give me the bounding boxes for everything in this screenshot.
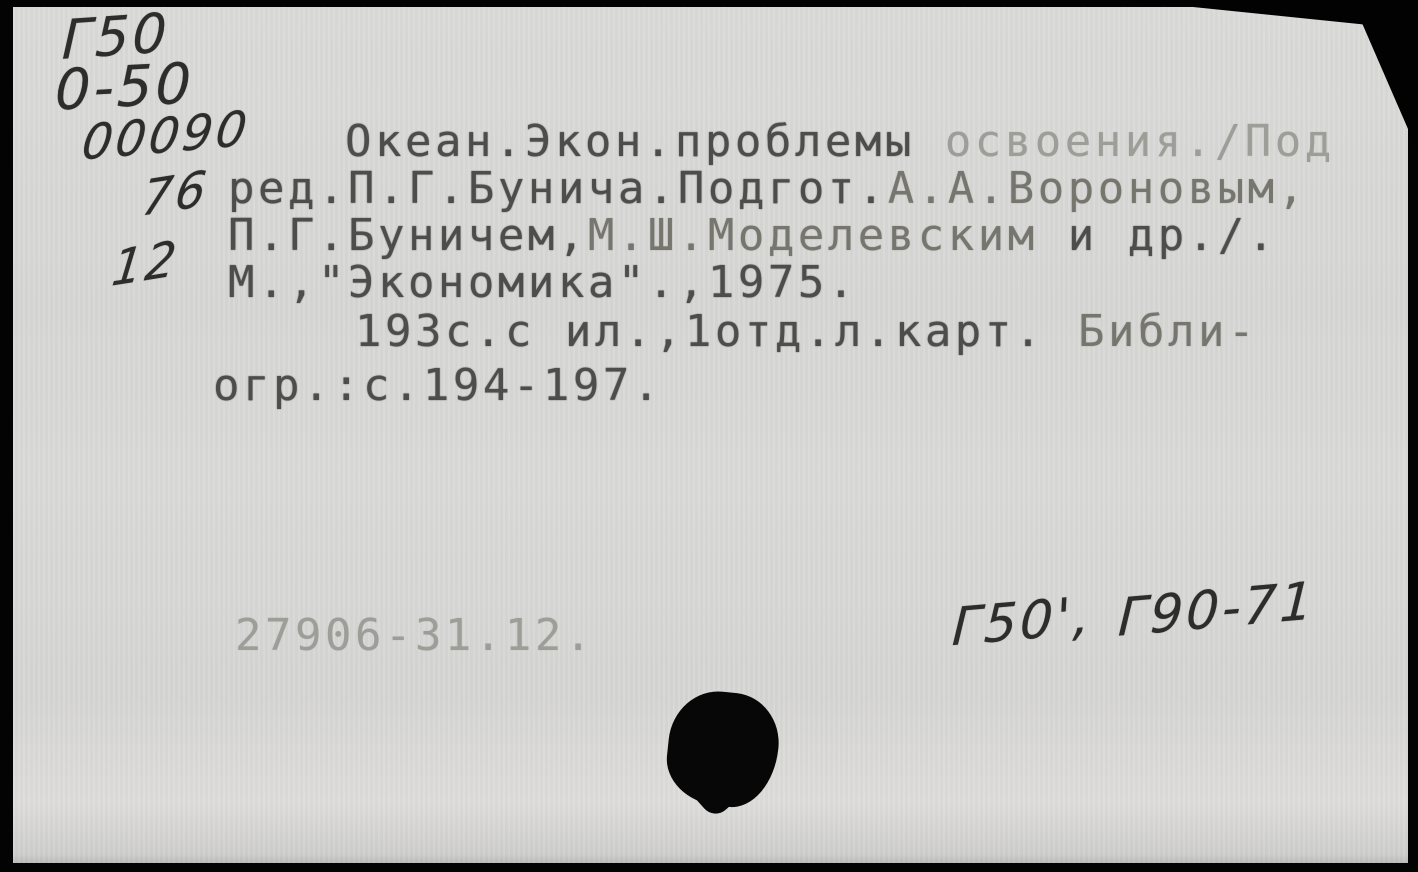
typed-line-collation: 193с.с ил.,1отд.л.карт. [355, 310, 1045, 354]
scanned-catalog-card-photo: Г50 0-50 00090 76 12 Г50', Г90-71 Океан.… [0, 0, 1418, 872]
typed-line-title-main: Океан.Экон.проблемы [345, 116, 945, 167]
handwritten-margin-note-2: 12 [109, 234, 181, 294]
handwritten-bottom-right-classmark: Г50', [951, 590, 1094, 655]
typed-line-editor: ред.П.Г.Бунича.Подгот.А.А.Вороновым, [228, 167, 1308, 211]
typed-line-authors-b: М.Ш.Моделевским [588, 210, 1038, 261]
handwritten-inventory-number: 00090 [79, 104, 252, 167]
typed-line-authors: П.Г.Буничем,М.Ш.Моделевским и др./. [228, 214, 1278, 258]
typed-line-bibliography-start: Библи- [1078, 310, 1258, 354]
handwritten-margin-note-1: 76 [139, 164, 211, 224]
typed-line-title-faded: освоения./Под [945, 116, 1335, 167]
typed-line-authors-c: и др./. [1038, 210, 1278, 261]
typed-print-code: 27906-31.12. [235, 614, 595, 658]
typed-line-imprint: М.,"Экономика".,1975. [228, 261, 858, 305]
typed-line-editor-faded: А.А.Вороновым, [888, 163, 1308, 214]
typed-line-title: Океан.Экон.проблемы освоения./Под [345, 120, 1335, 164]
typed-line-authors-a: П.Г.Буничем, [228, 210, 588, 261]
typed-line-bibliography-pages: огр.:с.194-197. [213, 364, 663, 408]
typed-line-editor-main: ред.П.Г.Бунича.Подгот. [228, 163, 888, 214]
